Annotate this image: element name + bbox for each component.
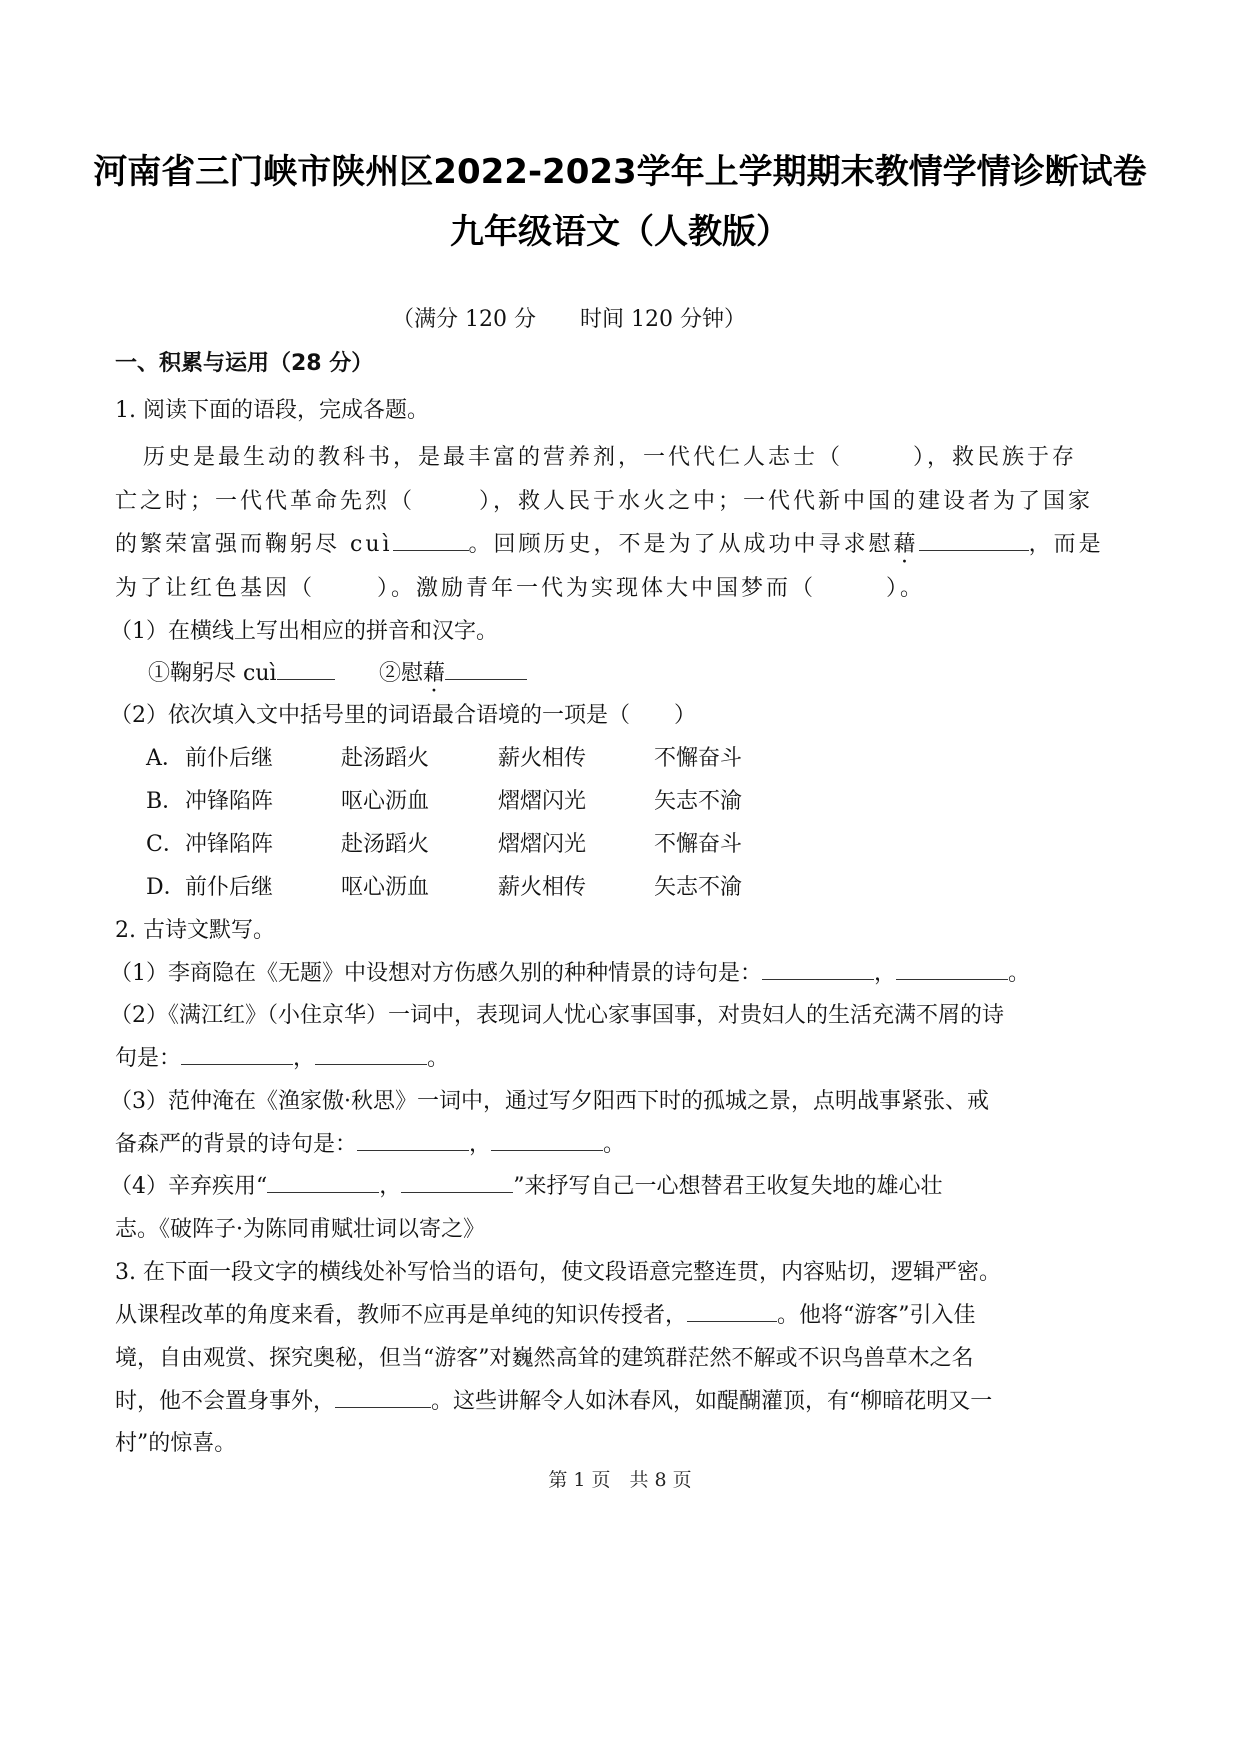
passage-line-1: 历史是最生动的教科书，是最丰富的营养剂，一代代仁人志士（），救民族于存 [143, 440, 1077, 471]
option-word: 赴汤蹈火 [341, 741, 429, 772]
answer-blank[interactable] [401, 1172, 513, 1193]
option-word: 熠熠闪光 [498, 827, 586, 858]
question-text: 从课程改革的角度来看，教师不应再是单纯的知识传授者， [115, 1303, 687, 1328]
q2-sub2-line1: （2）《满江红》（小住京华）一词中，表现词人忧心家事国事，对贵妇人的生活充满不屑… [110, 998, 1004, 1029]
q1-prompt: 1. 阅读下面的语段，完成各题。 [115, 393, 429, 424]
q1-sub1-item1: ①鞠躬尽 cuì [148, 656, 335, 687]
answer-blank[interactable] [315, 1044, 427, 1065]
option-word: 薪火相传 [498, 870, 586, 901]
punct: ， [379, 1174, 401, 1199]
answer-blank[interactable] [357, 1130, 469, 1151]
q3-line1: 从课程改革的角度来看，教师不应再是单纯的知识传授者，。他将“游客”引入佳 [115, 1298, 976, 1329]
question-text: 时，他不会置身事外， [115, 1389, 335, 1414]
punct: ， [874, 961, 896, 986]
question-text: 。他将“游客”引入佳 [777, 1303, 976, 1328]
punct: 。 [427, 1046, 449, 1071]
q3-line4: 村”的惊喜。 [115, 1426, 236, 1457]
q2-sub1: （1）李商隐在《无题》中设想对方伤感久别的种种情景的诗句是：，。 [110, 956, 1030, 987]
q2-sub4-line1: （4）辛弃疾用“，”来抒写自己一心想替君王收复失地的雄心壮 [110, 1169, 943, 1200]
option-word: 冲锋陷阵 [185, 827, 273, 858]
question-text: 。这些讲解令人如沐春风，如醍醐灌顶，有“柳暗花明又一 [431, 1389, 992, 1414]
q1-sub1-item2: ②慰藉 [379, 656, 527, 687]
punct: 。 [1008, 961, 1030, 986]
option-word: 矢志不渝 [654, 784, 742, 815]
answer-blank[interactable] [335, 1387, 431, 1408]
emphasis-char: 藉 [894, 532, 919, 557]
passage-text: 。回顾历史，不是为了从成功中寻求慰 [469, 532, 894, 557]
q2-prompt: 2. 古诗文默写。 [115, 913, 275, 944]
answer-blank[interactable] [445, 659, 527, 680]
question-text: 备森严的背景的诗句是： [115, 1132, 357, 1157]
q1-sub1-prompt: （1）在横线上写出相应的拼音和汉字。 [110, 614, 498, 645]
passage-line-4: 为了让红色基因（）。激励青年一代为实现体大中国梦而（）。 [115, 571, 925, 602]
question-text: （1）李商隐在《无题》中设想对方伤感久别的种种情景的诗句是： [110, 961, 762, 986]
option-word: 薪火相传 [498, 741, 586, 772]
q2-sub2-line2: 句是：，。 [115, 1041, 449, 1072]
answer-blank[interactable] [277, 659, 335, 680]
answer-blank[interactable] [181, 1044, 293, 1065]
answer-blank[interactable] [687, 1301, 777, 1322]
passage-text: ，而是 [1029, 532, 1104, 557]
punct: ， [293, 1046, 315, 1071]
passage-text: 历史是最生动的教科书，是最丰富的营养剂，一代代仁人志士（ [143, 445, 843, 470]
option-word: 赴汤蹈火 [341, 827, 429, 858]
emphasis-char: 藉 [423, 661, 445, 686]
q3-line3: 时，他不会置身事外，。这些讲解令人如沐春风，如醍醐灌顶，有“柳暗花明又一 [115, 1384, 992, 1415]
passage-text: 亡之时；一代代革命先烈（ [115, 489, 415, 514]
option-letter: B． [146, 784, 184, 815]
item-label: ①鞠躬尽 cuì [148, 661, 277, 686]
option-letter: C． [146, 827, 185, 858]
question-text: （4）辛弃疾用“ [110, 1174, 267, 1199]
option-letter: A． [146, 741, 184, 772]
q2-sub4-line2: 志。《破阵子·为陈同甫赋壮词以寄之》 [115, 1212, 485, 1243]
answer-blank[interactable] [491, 1130, 603, 1151]
q3-line2: 境，自由观赏、探究奥秘，但当“游客”对巍然高耸的建筑群茫然不解或不识鸟兽草木之名 [115, 1341, 974, 1372]
answer-blank[interactable] [919, 530, 1029, 551]
option-word: 不懈奋斗 [654, 827, 742, 858]
punct: 。 [603, 1132, 625, 1157]
exam-title: 河南省三门峡市陕州区2022-2023学年上学期期末教情学情诊断试卷 [0, 144, 1240, 193]
question-text: ”来抒写自己一心想替君王收复失地的雄心壮 [513, 1174, 942, 1199]
passage-text: 为了让红色基因（ [115, 576, 315, 601]
answer-blank[interactable] [896, 959, 1008, 980]
answer-blank[interactable] [393, 530, 469, 551]
passage-text: ），救人民于水火之中；一代代新中国的建设者为了国家 [479, 489, 1093, 514]
passage-text: ），救民族于存 [913, 445, 1077, 470]
q1-sub2-prompt: （2）依次填入文中括号里的词语最合语境的一项是（ ） [110, 698, 696, 729]
q2-sub3-line2: 备森严的背景的诗句是：，。 [115, 1127, 625, 1158]
option-word: 熠熠闪光 [498, 784, 586, 815]
passage-line-3: 的繁荣富强而鞠躬尽 cuì。回顾历史，不是为了从成功中寻求慰藉，而是 [115, 527, 1104, 558]
passage-text: ）。 [886, 576, 925, 601]
passage-line-2: 亡之时；一代代革命先烈（），救人民于水火之中；一代代新中国的建设者为了国家 [115, 484, 1093, 515]
section-heading: 一、积累与运用（28 分） [115, 346, 373, 377]
option-word: 不懈奋斗 [654, 741, 742, 772]
answer-blank[interactable] [267, 1172, 379, 1193]
option-word: 矢志不渝 [654, 870, 742, 901]
q2-sub3-line1: （3）范仲淹在《渔家傲·秋思》一词中，通过写夕阳西下时的孤城之景，点明战事紧张、… [110, 1084, 989, 1115]
option-word: 呕心沥血 [341, 870, 429, 901]
exam-meta: （满分 120 分 时间 120 分钟） [392, 302, 746, 333]
option-word: 冲锋陷阵 [185, 784, 273, 815]
punct: ， [469, 1132, 491, 1157]
option-letter: D． [146, 870, 186, 901]
q3-prompt: 3. 在下面一段文字的横线处补写恰当的语句，使文段语意完整连贯，内容贴切，逻辑严… [115, 1255, 1001, 1286]
page-number: 第 1 页 共 8 页 [0, 1465, 1240, 1492]
passage-text: ）。激励青年一代为实现体大中国梦而（ [377, 576, 816, 601]
option-word: 前仆后继 [185, 741, 273, 772]
answer-blank[interactable] [762, 959, 874, 980]
item-label: ②慰 [379, 661, 423, 686]
passage-text: 的繁荣富强而鞠躬尽 cuì [115, 532, 393, 557]
question-text: 句是： [115, 1046, 181, 1071]
option-word: 呕心沥血 [341, 784, 429, 815]
option-word: 前仆后继 [185, 870, 273, 901]
exam-subtitle: 九年级语文（人教版） [0, 204, 1240, 253]
